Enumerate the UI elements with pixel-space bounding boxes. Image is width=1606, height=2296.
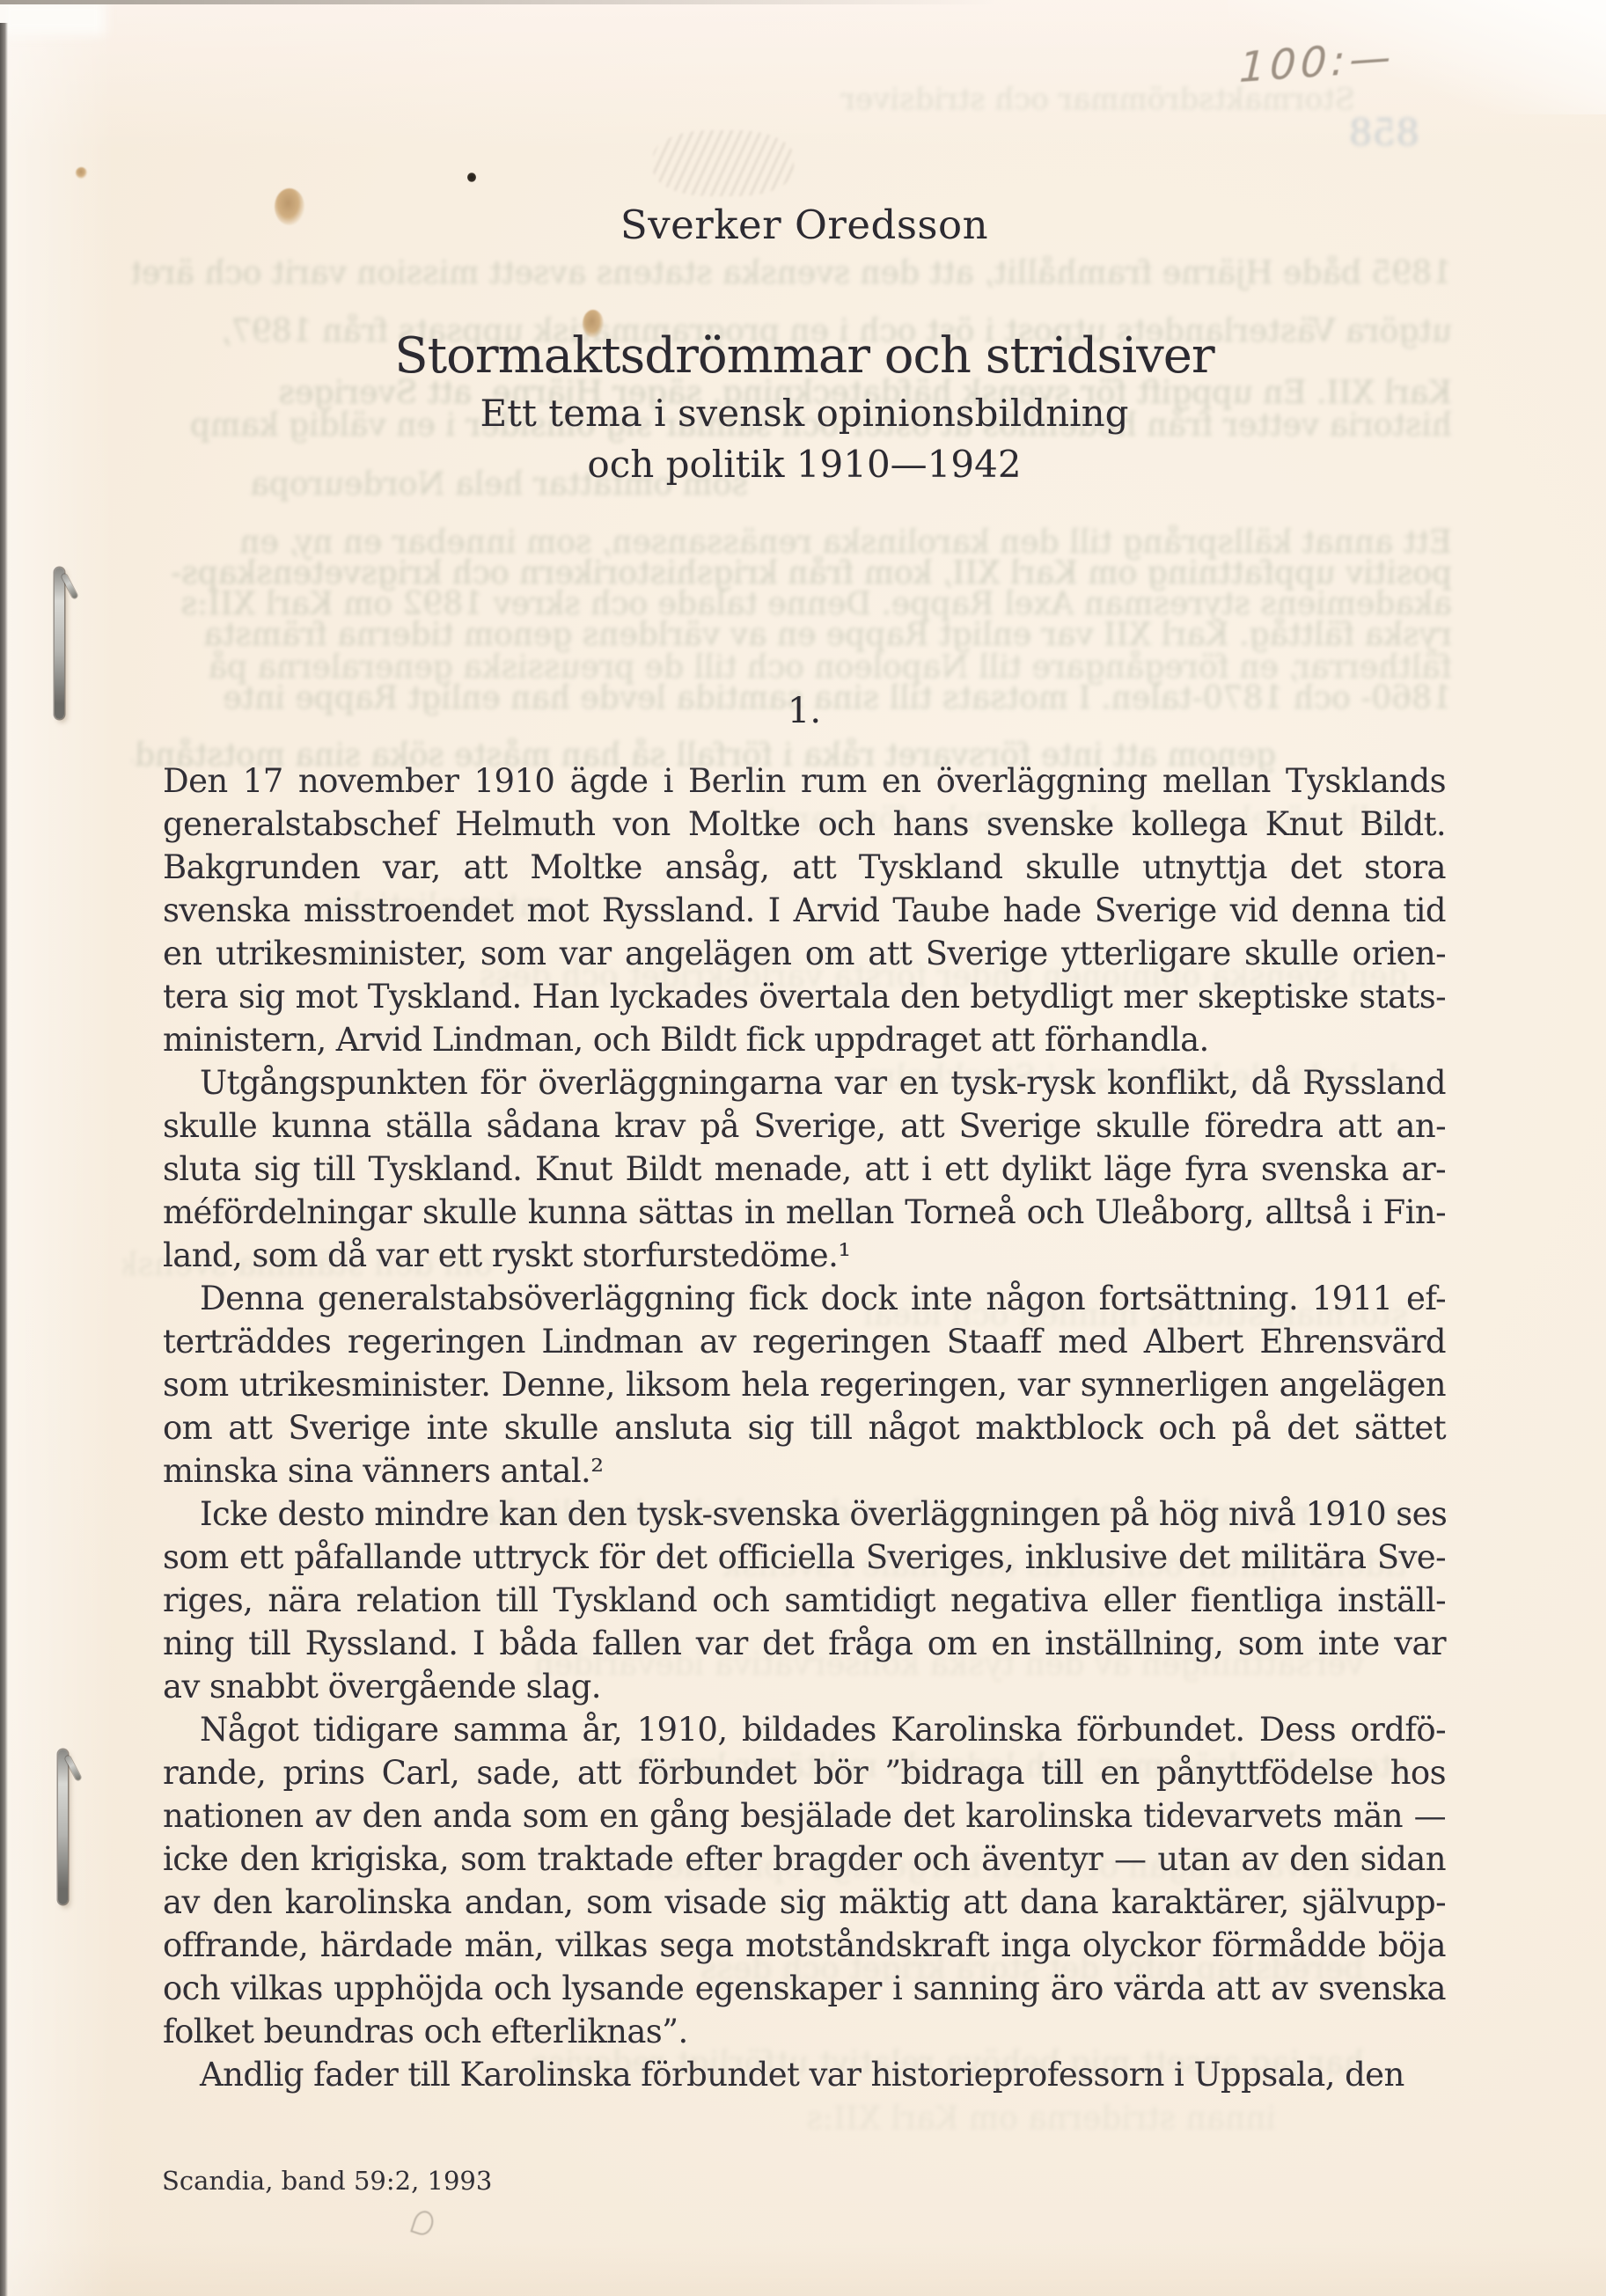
article-subtitle-line1: Ett tema i svensk opinionsbildning — [163, 395, 1446, 432]
scan-edge-left — [0, 23, 8, 2296]
body-line: som ett påfallande uttryck för det offic… — [163, 1536, 1446, 1579]
journal-footer: Scandia, band 59:2, 1993 — [162, 2166, 492, 2196]
scan-edge-top — [0, 0, 996, 4]
scan-corner-highlight — [0, 0, 106, 35]
staple — [55, 568, 64, 719]
body-line: rande, prins Carl, sade, att förbundet b… — [163, 1751, 1446, 1794]
body-line: Något tidigare samma år, 1910, bildades … — [163, 1708, 1446, 1751]
body-line: av snabbt övergående slag. — [163, 1665, 1446, 1708]
bleedthrough-line: ryska fälttåg. Karl XII var enligt Rappe… — [132, 618, 1452, 653]
body-line: ministern, Arvid Lindman, och Bildt fick… — [163, 1018, 1446, 1061]
bleedthrough-line: 1895 både Hjärne framhållit, att den sve… — [132, 256, 1452, 291]
paper-stain — [467, 172, 476, 182]
body-line: méfördelningar skulle kunna sättas in me… — [163, 1191, 1446, 1234]
body-line: Utgångspunkten för överläggningarna var … — [163, 1061, 1446, 1104]
bleedthrough-line: akademiens styresman Axel Rappe. Denne t… — [132, 587, 1452, 622]
body-line: terträddes regeringen Lindman av regerin… — [163, 1320, 1446, 1363]
staple-hook — [64, 1755, 81, 1780]
body-line: land, som då var ett ryskt storfurstedöm… — [163, 1234, 1446, 1277]
body-text: Den 17 november 1910 ägde i Berlin rum e… — [163, 759, 1446, 2096]
body-line: nationen av den anda som en gång besjäla… — [163, 1794, 1446, 1838]
body-line: av den karolinska andan, som visade sig … — [163, 1881, 1446, 1924]
bleedthrough-line: fältherrar, en föregångare till Napoleon… — [132, 650, 1452, 686]
body-line: folket beundras och efterliknas”. — [163, 2010, 1446, 2053]
body-line: generalstabschef Helmuth von Moltke och … — [163, 803, 1446, 846]
body-line: skulle kunna ställa sådana krav på Sveri… — [163, 1104, 1446, 1148]
staple-hook — [61, 573, 77, 598]
paper-stain — [653, 130, 794, 196]
body-line: om att Sverige inte skulle ansluta sig t… — [163, 1406, 1446, 1449]
scanned-page: Stormaktsdrömmar och stridsiver8581895 b… — [0, 0, 1606, 2296]
body-line: som utrikesminister. Denne, liksom hela … — [163, 1363, 1446, 1406]
body-line: Icke desto mindre kan den tysk-svenska ö… — [163, 1493, 1446, 1536]
staple — [58, 1750, 68, 1904]
body-line: ning till Ryssland. I båda fallen var de… — [163, 1622, 1446, 1665]
paper-stain — [583, 310, 604, 338]
article-title: Stormaktsdrömmar och stridsiver — [163, 332, 1446, 381]
bleedthrough-line: 858 — [1336, 113, 1419, 153]
body-line: riges, nära relation till Tyskland och s… — [163, 1579, 1446, 1622]
body-line: och vilkas upphöjda och lysande egenskap… — [163, 1967, 1446, 2010]
body-line: offrande, härdade män, vilkas sega motst… — [163, 1924, 1446, 1967]
body-line: Andlig fader till Karolinska förbundet v… — [163, 2053, 1446, 2096]
body-line: en utrikesminister, som var angelägen om… — [163, 932, 1446, 975]
body-line: sluta sig till Tyskland. Knut Bildt mena… — [163, 1148, 1446, 1191]
body-line: Denna generalstabsöverläggning fick dock… — [163, 1277, 1446, 1320]
body-line: Bakgrunden var, att Moltke ansåg, att Ty… — [163, 846, 1446, 889]
body-line: tera sig mot Tyskland. Han lyckades över… — [163, 975, 1446, 1018]
bleedthrough-line: innan striderna om Karl XII:s — [396, 2102, 1276, 2137]
paper-stain — [76, 167, 87, 179]
body-line: svenska misstroendet mot Ryssland. I Arv… — [163, 889, 1446, 932]
bleedthrough-line: Ett annat källsprång till den karolinska… — [132, 525, 1452, 561]
body-line: icke den krigiska, som traktade efter br… — [163, 1838, 1446, 1881]
article-subtitle-line2: och politik 1910—1942 — [163, 446, 1446, 483]
paper-stain — [275, 188, 304, 225]
section-number: 1. — [163, 693, 1446, 729]
bleedthrough-line: positiv uppfattning om Karl XII, kom frå… — [132, 556, 1452, 591]
author-name: Sverker Oredsson — [163, 205, 1446, 245]
body-line: Den 17 november 1910 ägde i Berlin rum e… — [163, 759, 1446, 803]
body-line: minska sina vänners antal.² — [163, 1449, 1446, 1493]
pencil-squiggle — [410, 2208, 436, 2237]
